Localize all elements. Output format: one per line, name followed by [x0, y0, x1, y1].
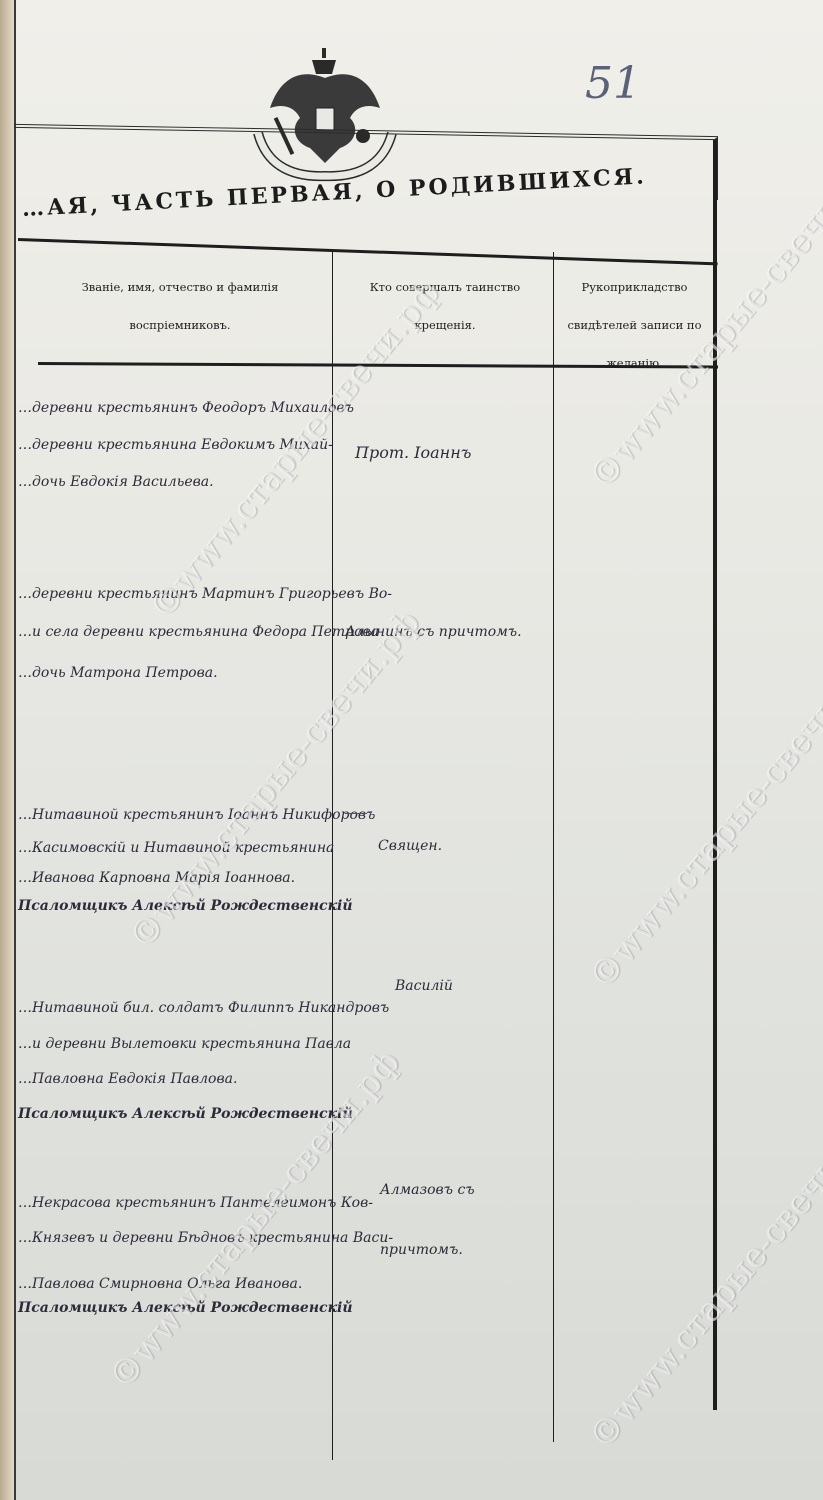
- baptizer: Священ.: [378, 828, 442, 865]
- godparent-line: …деревни крестьянинъ Мартинъ Григорьевъ …: [18, 576, 392, 613]
- column-divider-2: [553, 252, 554, 1442]
- godparent-line: …Нитавиной бил. солдатъ Филиппъ Никандро…: [18, 990, 389, 1027]
- psalmist-signature: Псаломщикъ Алексѣй Рождественскій: [18, 1290, 353, 1327]
- psalmist-signature: Псаломщикъ Алексѣй Рождественскій: [18, 888, 353, 925]
- table-right-border: [713, 140, 717, 1410]
- godparent-line: …Нитавиной крестьянинъ Іоаннъ Никифоровъ: [18, 797, 375, 834]
- psalmist-signature: Псаломщикъ Алексѣй Рождественскій: [18, 1096, 353, 1133]
- godparent-line: …и села деревни крестьянина Федора Петро…: [18, 614, 379, 651]
- column-header-godparents: Званіе, имя, отчество и фамилія воспріем…: [50, 268, 310, 344]
- godparent-line: …Павловна Евдокія Павлова.: [18, 1061, 237, 1098]
- godparent-line: …дочь Матрона Петрова.: [18, 655, 218, 692]
- dash-mark: [345, 813, 367, 814]
- column-header-baptizer: Кто совершалъ таинство крещенія.: [345, 268, 545, 344]
- godparent-line: …деревни крестьянина Евдокимъ Михай-: [18, 427, 333, 464]
- godparent-line: …Князевъ и деревни Бѣдновъ крестьянина В…: [18, 1220, 393, 1257]
- godparent-line: …дочь Евдокія Васильева.: [18, 464, 214, 501]
- page-number: 51: [585, 58, 641, 109]
- godparent-line: …и деревни Вылетовки крестьянина Павла: [18, 1026, 351, 1063]
- godparent-line: …деревни крестьянинъ Феодоръ Михаиловъ: [18, 390, 354, 427]
- baptizer: Прот. Іоаннъ: [355, 434, 471, 471]
- column-header-witness-signatures: Рукоприкладство свидѣтелей записи по жел…: [557, 268, 712, 382]
- baptizer: Алынинъ съ причтомъ.: [345, 614, 522, 651]
- godparent-line: …Некрасова крестьянинъ Пантелеимонъ Ков-: [18, 1185, 373, 1222]
- baptizer: Василій: [395, 968, 453, 1005]
- baptizer: Алмазовъ съ причтомъ.: [380, 1160, 540, 1280]
